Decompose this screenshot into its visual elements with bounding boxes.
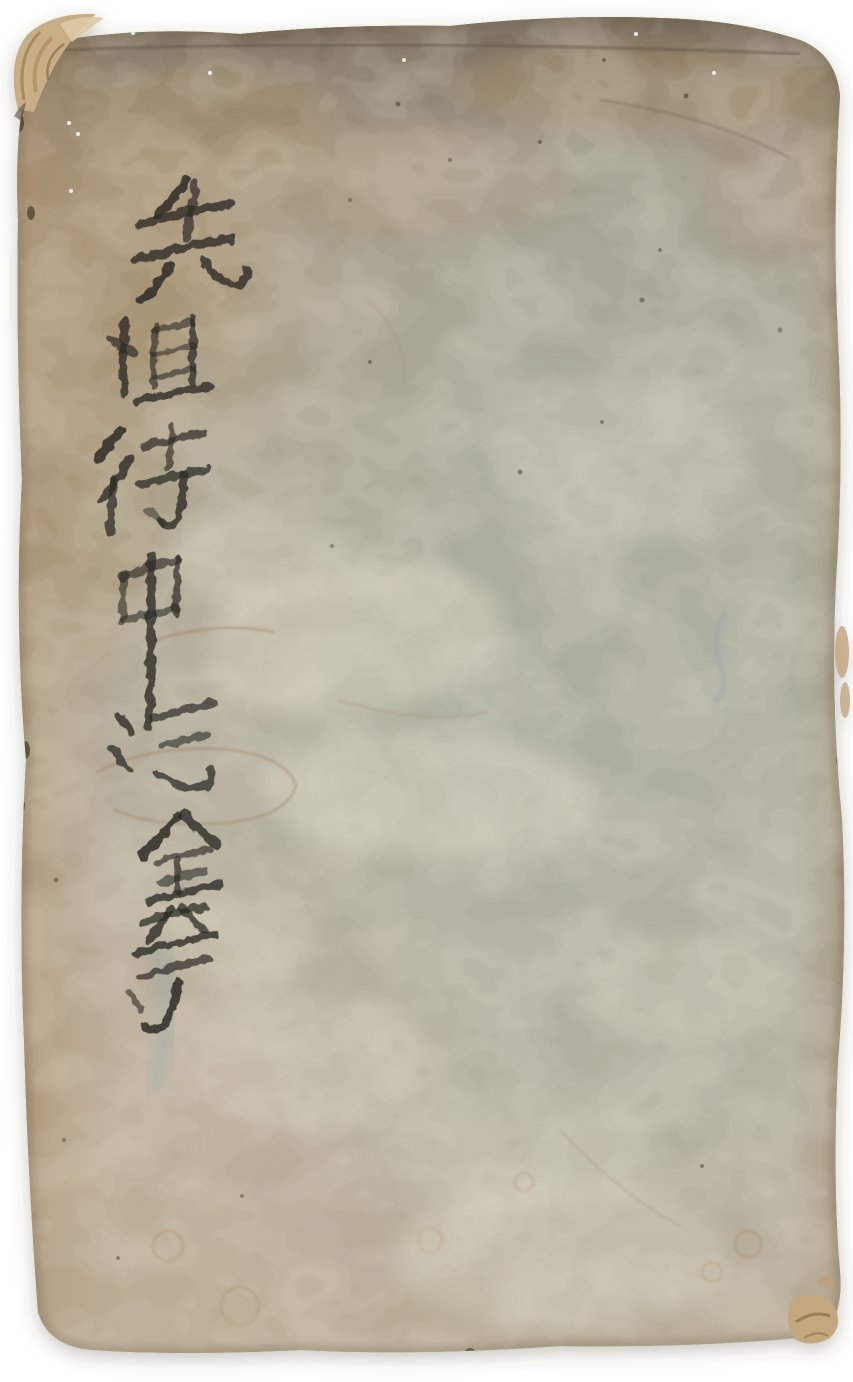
book-cover bbox=[0, 0, 853, 1382]
right-edge-wear-bumps bbox=[835, 626, 850, 718]
photo-canvas: Antique East Asian stab-bound book: fron… bbox=[0, 0, 853, 1382]
book-photo: Antique East Asian stab-bound book: fron… bbox=[0, 0, 853, 1382]
